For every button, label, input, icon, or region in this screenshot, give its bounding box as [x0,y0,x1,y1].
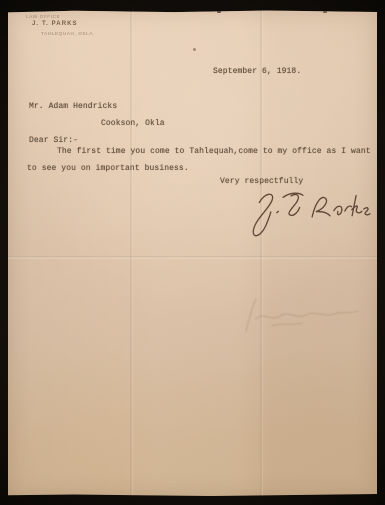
letterhead-office-label: LAW OFFICE [26,14,60,19]
ghost-strokes [238,295,368,341]
letterhead-city-state: TAHLEQUAH, OKLA. [41,31,95,36]
recipient-address: Cookson, Okla [101,119,165,128]
salutation: Dear Sir:- [29,136,78,145]
paper-edge-notch [217,11,221,13]
fold-crease-vertical-right [260,10,263,496]
body-line-1: The first time you come to Tahlequah,com… [57,147,371,156]
recipient-name: Mr. Adam Hendricks [29,102,117,111]
fold-crease-horizontal [8,256,377,259]
ink-bleedthrough-mark [238,295,368,346]
body-line-2: to see you on important business. [27,164,189,173]
signature-handwritten [245,183,373,246]
paper-edge-notch [323,11,327,13]
signature-ink-strokes [245,183,373,241]
letterhead-attorney-name: J. T. PARKS [32,21,78,27]
date-line: September 6, 1918. [213,67,301,76]
scanned-letter-photo: LAW OFFICE J. T. PARKS TAHLEQUAH, OKLA. … [0,0,385,505]
paper-speck [193,48,196,51]
letter-page: LAW OFFICE J. T. PARKS TAHLEQUAH, OKLA. … [8,10,377,496]
fold-crease-vertical-left [130,10,133,496]
closing-line: Very respectfully [220,177,303,186]
